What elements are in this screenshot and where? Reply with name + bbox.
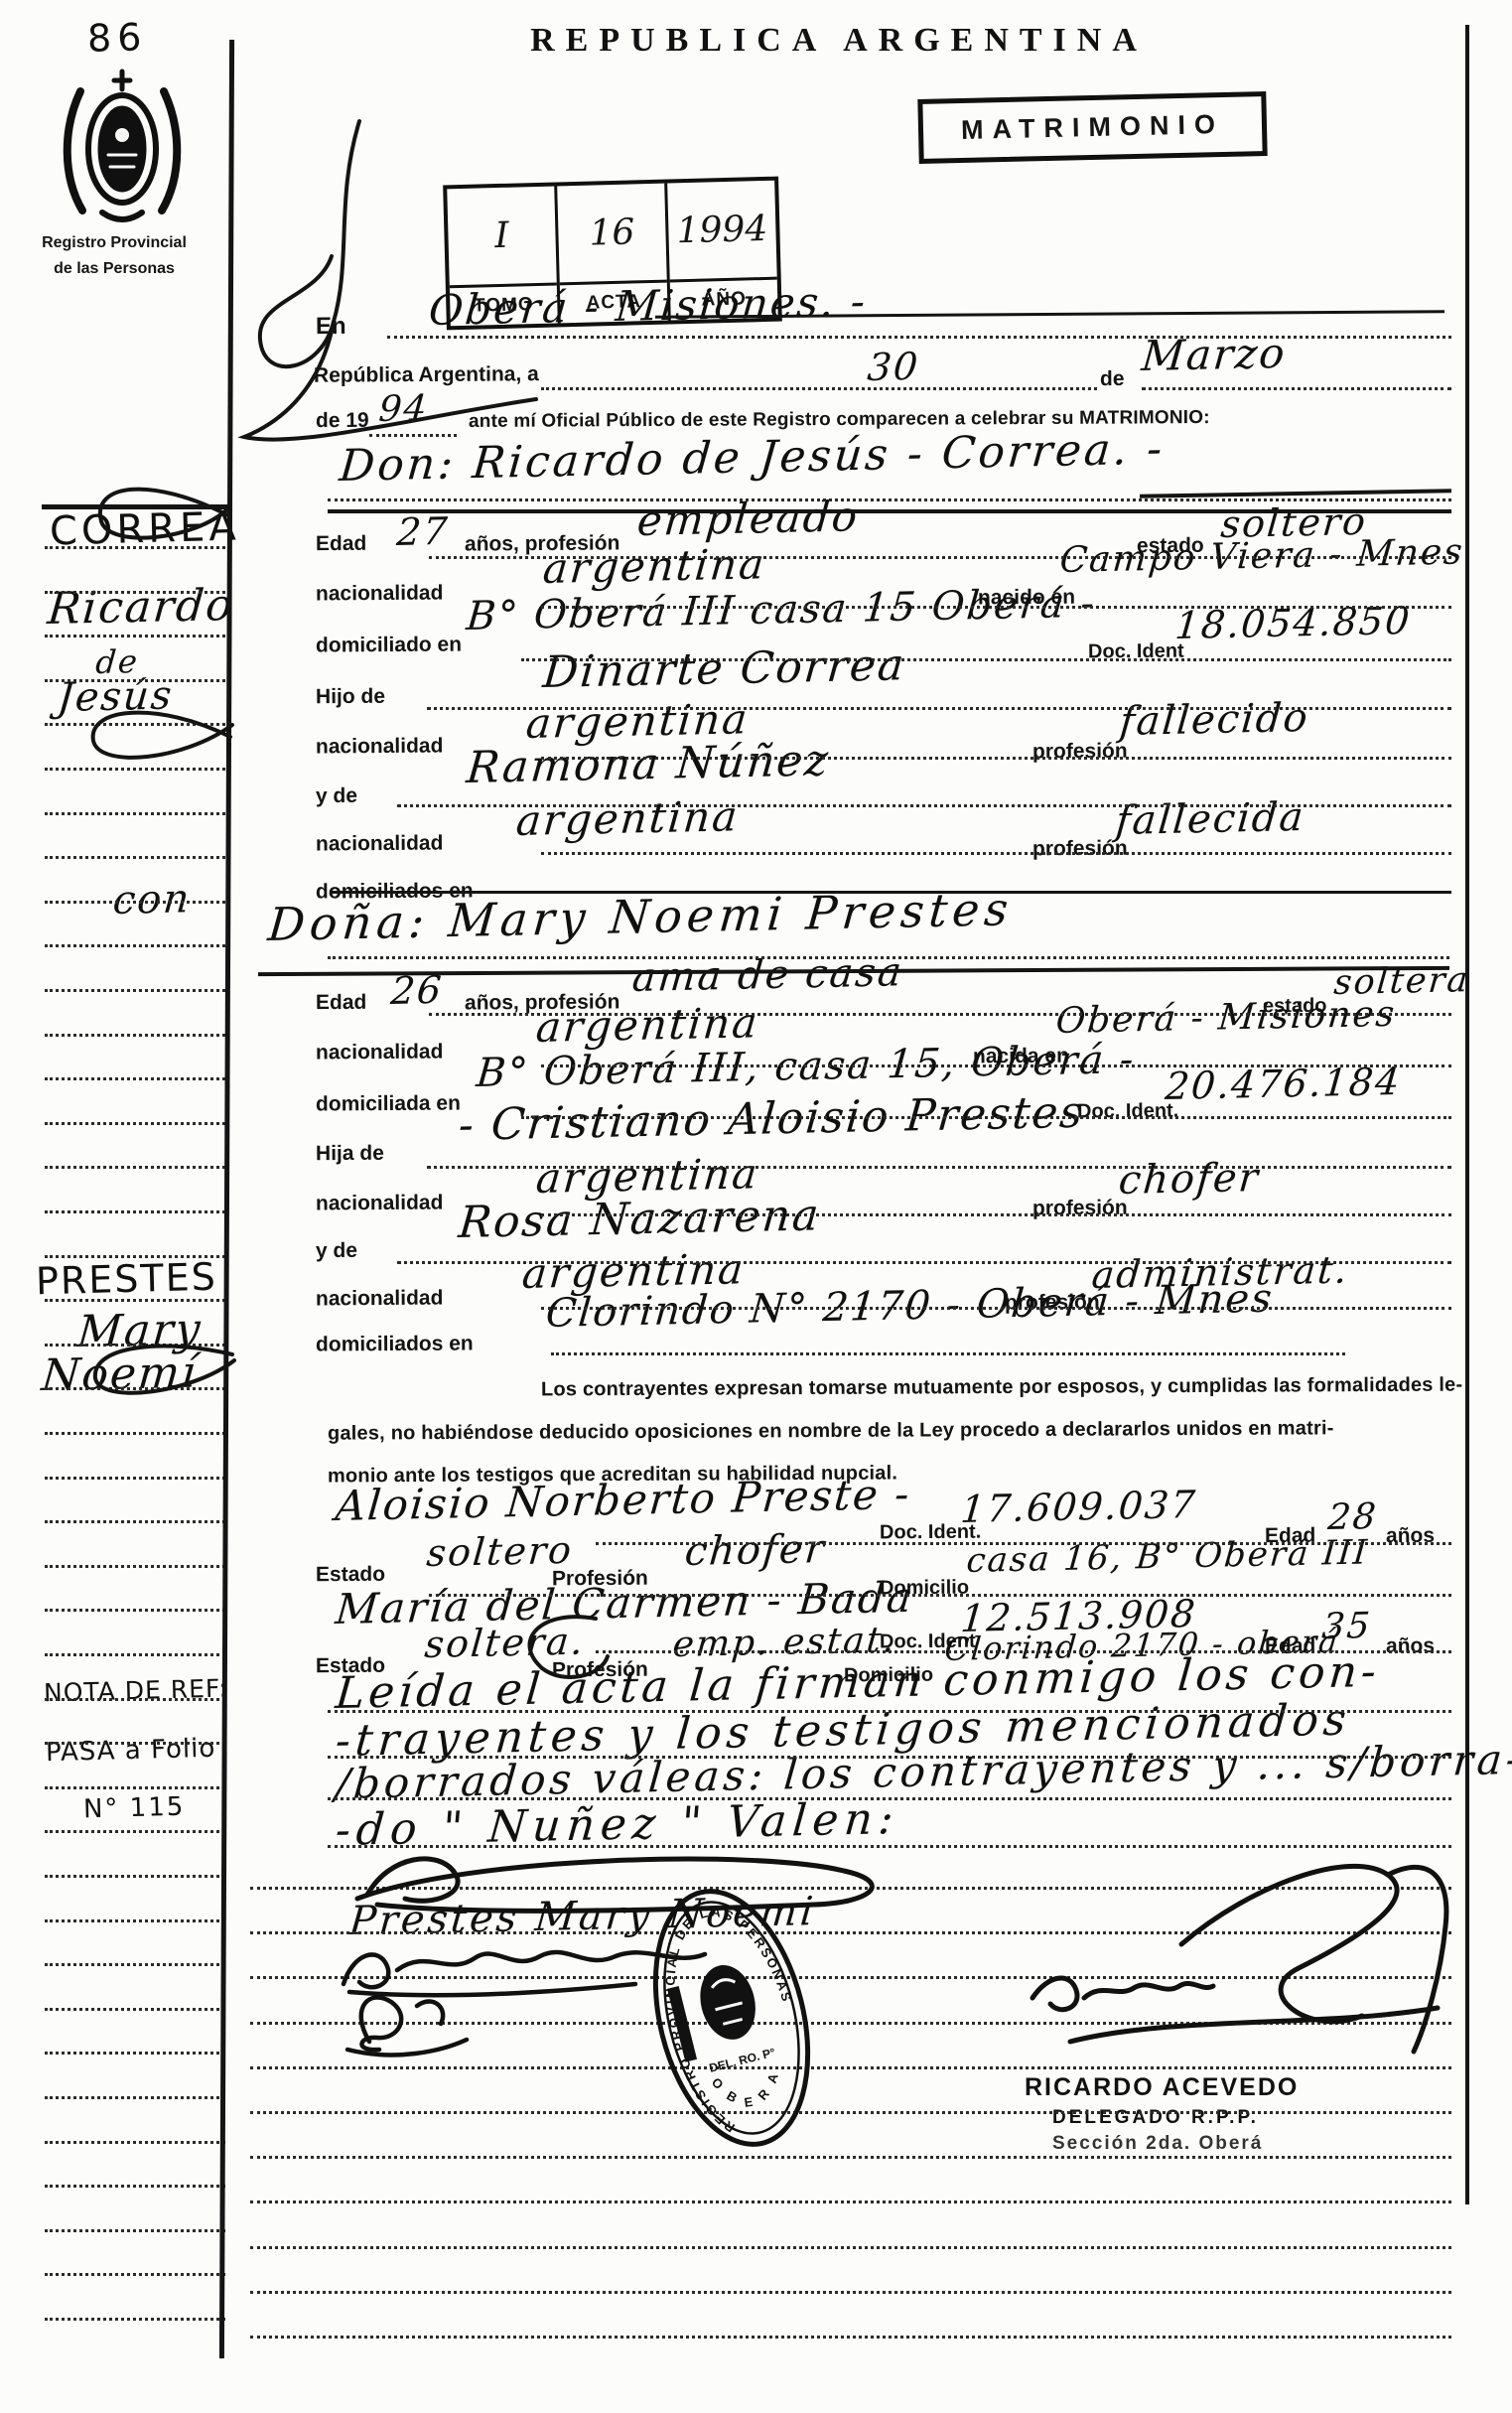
- bride-nacionalidad2-label: nacionalidad: [316, 1192, 444, 1216]
- margin-note-line3: N° 115: [83, 1792, 186, 1825]
- ruled-line: [369, 434, 457, 437]
- act-type-box: MATRIMONIO: [917, 91, 1267, 164]
- ruled-line: [596, 1542, 1451, 1545]
- ruled-line: [45, 1653, 225, 1656]
- ruled-line: [427, 707, 1451, 710]
- ruled-line: [45, 1609, 225, 1612]
- ruled-line: [429, 1013, 1451, 1016]
- ruled-line: [328, 1756, 1451, 1759]
- ruled-line: [45, 2185, 225, 2188]
- groom-nacionalidad-label: nacionalidad: [316, 582, 444, 607]
- ruled-line: [45, 723, 225, 726]
- folio-number: 86: [86, 15, 147, 61]
- coat-of-arms-icon: [68, 71, 178, 219]
- marriage-certificate-page: 86 Registro Provincial de las Personas C…: [0, 0, 1512, 2413]
- groom-madre-nacionalidad-value: argentina: [514, 791, 741, 845]
- groom-madre-value: Ramona Núñez: [465, 735, 832, 793]
- official-section: Sección 2da. Oberá: [1052, 2133, 1263, 2155]
- acta-value: 16: [557, 184, 667, 283]
- ruled-line: [45, 1520, 225, 1523]
- official-name: RICARDO ACEVEDO: [1025, 2073, 1299, 2102]
- ruled-line: [1142, 387, 1451, 390]
- ruled-line: [541, 852, 1451, 855]
- groom-edad-value: 27: [395, 509, 451, 554]
- ruled-line: [45, 989, 225, 992]
- ruled-line: [551, 1352, 1345, 1355]
- ruled-line: [250, 1931, 1451, 1934]
- ruled-line: [45, 1344, 225, 1347]
- de19-label: de 19: [316, 409, 369, 433]
- bride-profesion2-label: profesión: [1032, 1197, 1128, 1221]
- bride-padre-profesion-value: chofer: [1117, 1155, 1262, 1204]
- bride-nacionalidad-label: nacionalidad: [316, 1041, 444, 1065]
- ruled-line: [250, 2022, 1451, 2025]
- ruled-line: [250, 2336, 1451, 2339]
- ruled-line: [427, 1166, 1451, 1169]
- groom-hijo-label: Hijo de: [316, 685, 385, 709]
- bride-madre-value: Rosa Nazarena: [457, 1190, 822, 1248]
- ruled-line: [45, 1875, 225, 1878]
- bride-hija-label: Hija de: [316, 1142, 384, 1166]
- year-value: 94: [377, 388, 430, 430]
- emblem-caption-line1: Registro Provincial: [0, 234, 228, 252]
- ruled-line: [541, 757, 1451, 760]
- ano-value: 1994: [667, 181, 777, 280]
- ruled-line: [45, 1077, 225, 1080]
- place-value: Oberá - Misiones. -: [427, 277, 869, 335]
- ruled-line: [45, 591, 225, 594]
- ruled-line: [250, 2291, 1451, 2294]
- witness1-profesion-value: chofer: [683, 1526, 828, 1575]
- ruled-line: [250, 1976, 1451, 1979]
- ruled-line: [397, 804, 1451, 807]
- groom-padre-value: Dinarte Correa: [541, 639, 907, 698]
- seal-inner-text: DEL. RO. P°: [708, 2046, 777, 2075]
- ruled-line: [45, 812, 225, 815]
- groom-domiciliado-label: domiciliado en: [316, 633, 462, 657]
- ruled-line: [45, 1432, 225, 1435]
- ruled-line: [45, 1255, 225, 1258]
- witness1-edad-value: 28: [1326, 1496, 1379, 1538]
- bride-domiciliados-label: domiciliados en: [316, 1332, 474, 1356]
- ruled-line: [45, 2141, 225, 2144]
- margin-bride-surname: PRESTES: [35, 1255, 217, 1304]
- ruled-line: [45, 1742, 225, 1745]
- body-paragraph-line2: gales, no habiéndose deducido oposicione…: [328, 1417, 1334, 1445]
- bride-nacionalidad-value: argentina: [534, 998, 760, 1052]
- witness2-anos-label: años: [1386, 1634, 1435, 1658]
- ruled-line: [45, 1477, 225, 1480]
- ruled-line: [45, 901, 225, 904]
- ruled-line: [429, 556, 1451, 559]
- ruled-line: [45, 1919, 225, 1922]
- bride-signature: Prestes Mary Noemi: [347, 1889, 818, 1944]
- de-label: de: [1100, 367, 1125, 391]
- ruled-line: [250, 2246, 1451, 2249]
- ruled-line: [541, 1307, 1451, 1310]
- ruled-line: [328, 956, 1449, 959]
- ruled-line: [45, 1963, 225, 1966]
- signature-scribble-2: [344, 1952, 705, 1995]
- groom-nacionalidad3-label: nacionalidad: [316, 832, 444, 857]
- ruled-line: [541, 1213, 1451, 1216]
- groom-intro-line: Don: Ricardo de Jesús - Correa. -: [338, 423, 1167, 492]
- ruled-line: [45, 2008, 225, 2011]
- ruled-line: [45, 1122, 225, 1125]
- ruled-line: [45, 2318, 225, 2321]
- ruled-line: [596, 1650, 1451, 1653]
- ruled-line: [45, 1166, 225, 1169]
- ruled-line: [387, 336, 1451, 339]
- groom-nacionalidad2-label: nacionalidad: [316, 735, 444, 760]
- vertical-divider: [219, 40, 234, 2358]
- ruled-line: [45, 2052, 225, 2055]
- right-border: [1465, 25, 1469, 2204]
- ruled-line: [541, 606, 1451, 609]
- ruled-line: [521, 658, 1451, 661]
- ruled-line: [45, 1830, 225, 1833]
- solid-line: [330, 891, 1451, 894]
- ruled-line: [541, 1065, 1451, 1067]
- groom-padre-profesion-value: fallecido: [1118, 695, 1311, 745]
- margin-note-line2: PASA a Folio: [46, 1734, 216, 1768]
- solid-line: [1140, 489, 1451, 497]
- ruled-line: [328, 1845, 1451, 1848]
- groom-y-de-label: y de: [316, 784, 357, 808]
- ruled-line: [45, 1387, 225, 1390]
- margin-bride-name-2: Noemí: [40, 1348, 200, 1401]
- witness1-doc-value: 17.609.037: [959, 1483, 1198, 1531]
- ruled-line: [45, 679, 225, 682]
- signature-scribble-3: [347, 1997, 467, 2055]
- tomo-value: I: [447, 187, 557, 286]
- ruled-line: [45, 635, 225, 638]
- ruled-line: [45, 2229, 225, 2232]
- ruled-line: [45, 1299, 225, 1302]
- ruled-line: [45, 944, 225, 947]
- ruled-line: [521, 1116, 1451, 1119]
- ruled-line: [45, 768, 225, 771]
- heavy-rule: [328, 509, 1451, 513]
- ruled-line: [328, 498, 1451, 501]
- ruled-line: [328, 1797, 1451, 1800]
- ruled-line: [250, 2111, 1451, 2114]
- ruled-line: [45, 1698, 225, 1701]
- body-paragraph-line1: Los contrayentes expresan tomarse mutuam…: [541, 1374, 1462, 1402]
- witness1-domicilio-value: casa 16, B° Oberá III: [965, 1532, 1370, 1581]
- ruled-line: [250, 2200, 1451, 2203]
- bride-nacionalidad3-label: nacionalidad: [316, 1287, 444, 1312]
- ruled-line: [45, 1034, 225, 1037]
- groom-edad-label: Edad: [316, 532, 367, 556]
- margin-note-line1: NOTA DE REF:: [44, 1674, 228, 1708]
- ruled-line: [45, 856, 225, 859]
- bride-edad-label: Edad: [316, 991, 367, 1015]
- en-label: En: [316, 313, 346, 341]
- ruled-line: [429, 1594, 1451, 1597]
- groom-madre-profesion-value: fallecida: [1114, 794, 1306, 844]
- day-value: 30: [866, 345, 921, 389]
- ruled-line: [45, 2096, 225, 2099]
- bride-nacida-en-value: Oberá - Misiones: [1054, 994, 1398, 1042]
- ruled-line: [45, 1210, 225, 1213]
- bride-y-de-label: y de: [316, 1239, 357, 1263]
- ruled-line: [45, 1786, 225, 1789]
- margin-groom-name-1: Ricardo: [46, 580, 236, 635]
- ruled-line: [541, 387, 1097, 390]
- emblem-caption-line2: de las Personas: [0, 260, 228, 278]
- ruled-line: [250, 1887, 1451, 1890]
- ruled-line: [45, 1565, 225, 1568]
- ruled-line: [45, 546, 225, 549]
- ruled-line: [45, 2273, 225, 2276]
- ruled-line: [328, 1710, 1451, 1713]
- groom-profesion2-label: profesión: [1032, 740, 1128, 765]
- ruled-line: [250, 2156, 1451, 2159]
- republica-label: República Argentina, a: [314, 362, 539, 388]
- page-title: REPUBLICA ARGENTINA: [417, 22, 1261, 60]
- ruled-line: [397, 1261, 1451, 1264]
- groom-nacionalidad-value: argentina: [541, 539, 767, 593]
- ruled-line: [250, 2066, 1451, 2069]
- bride-domiciliada-label: domiciliada en: [316, 1091, 461, 1116]
